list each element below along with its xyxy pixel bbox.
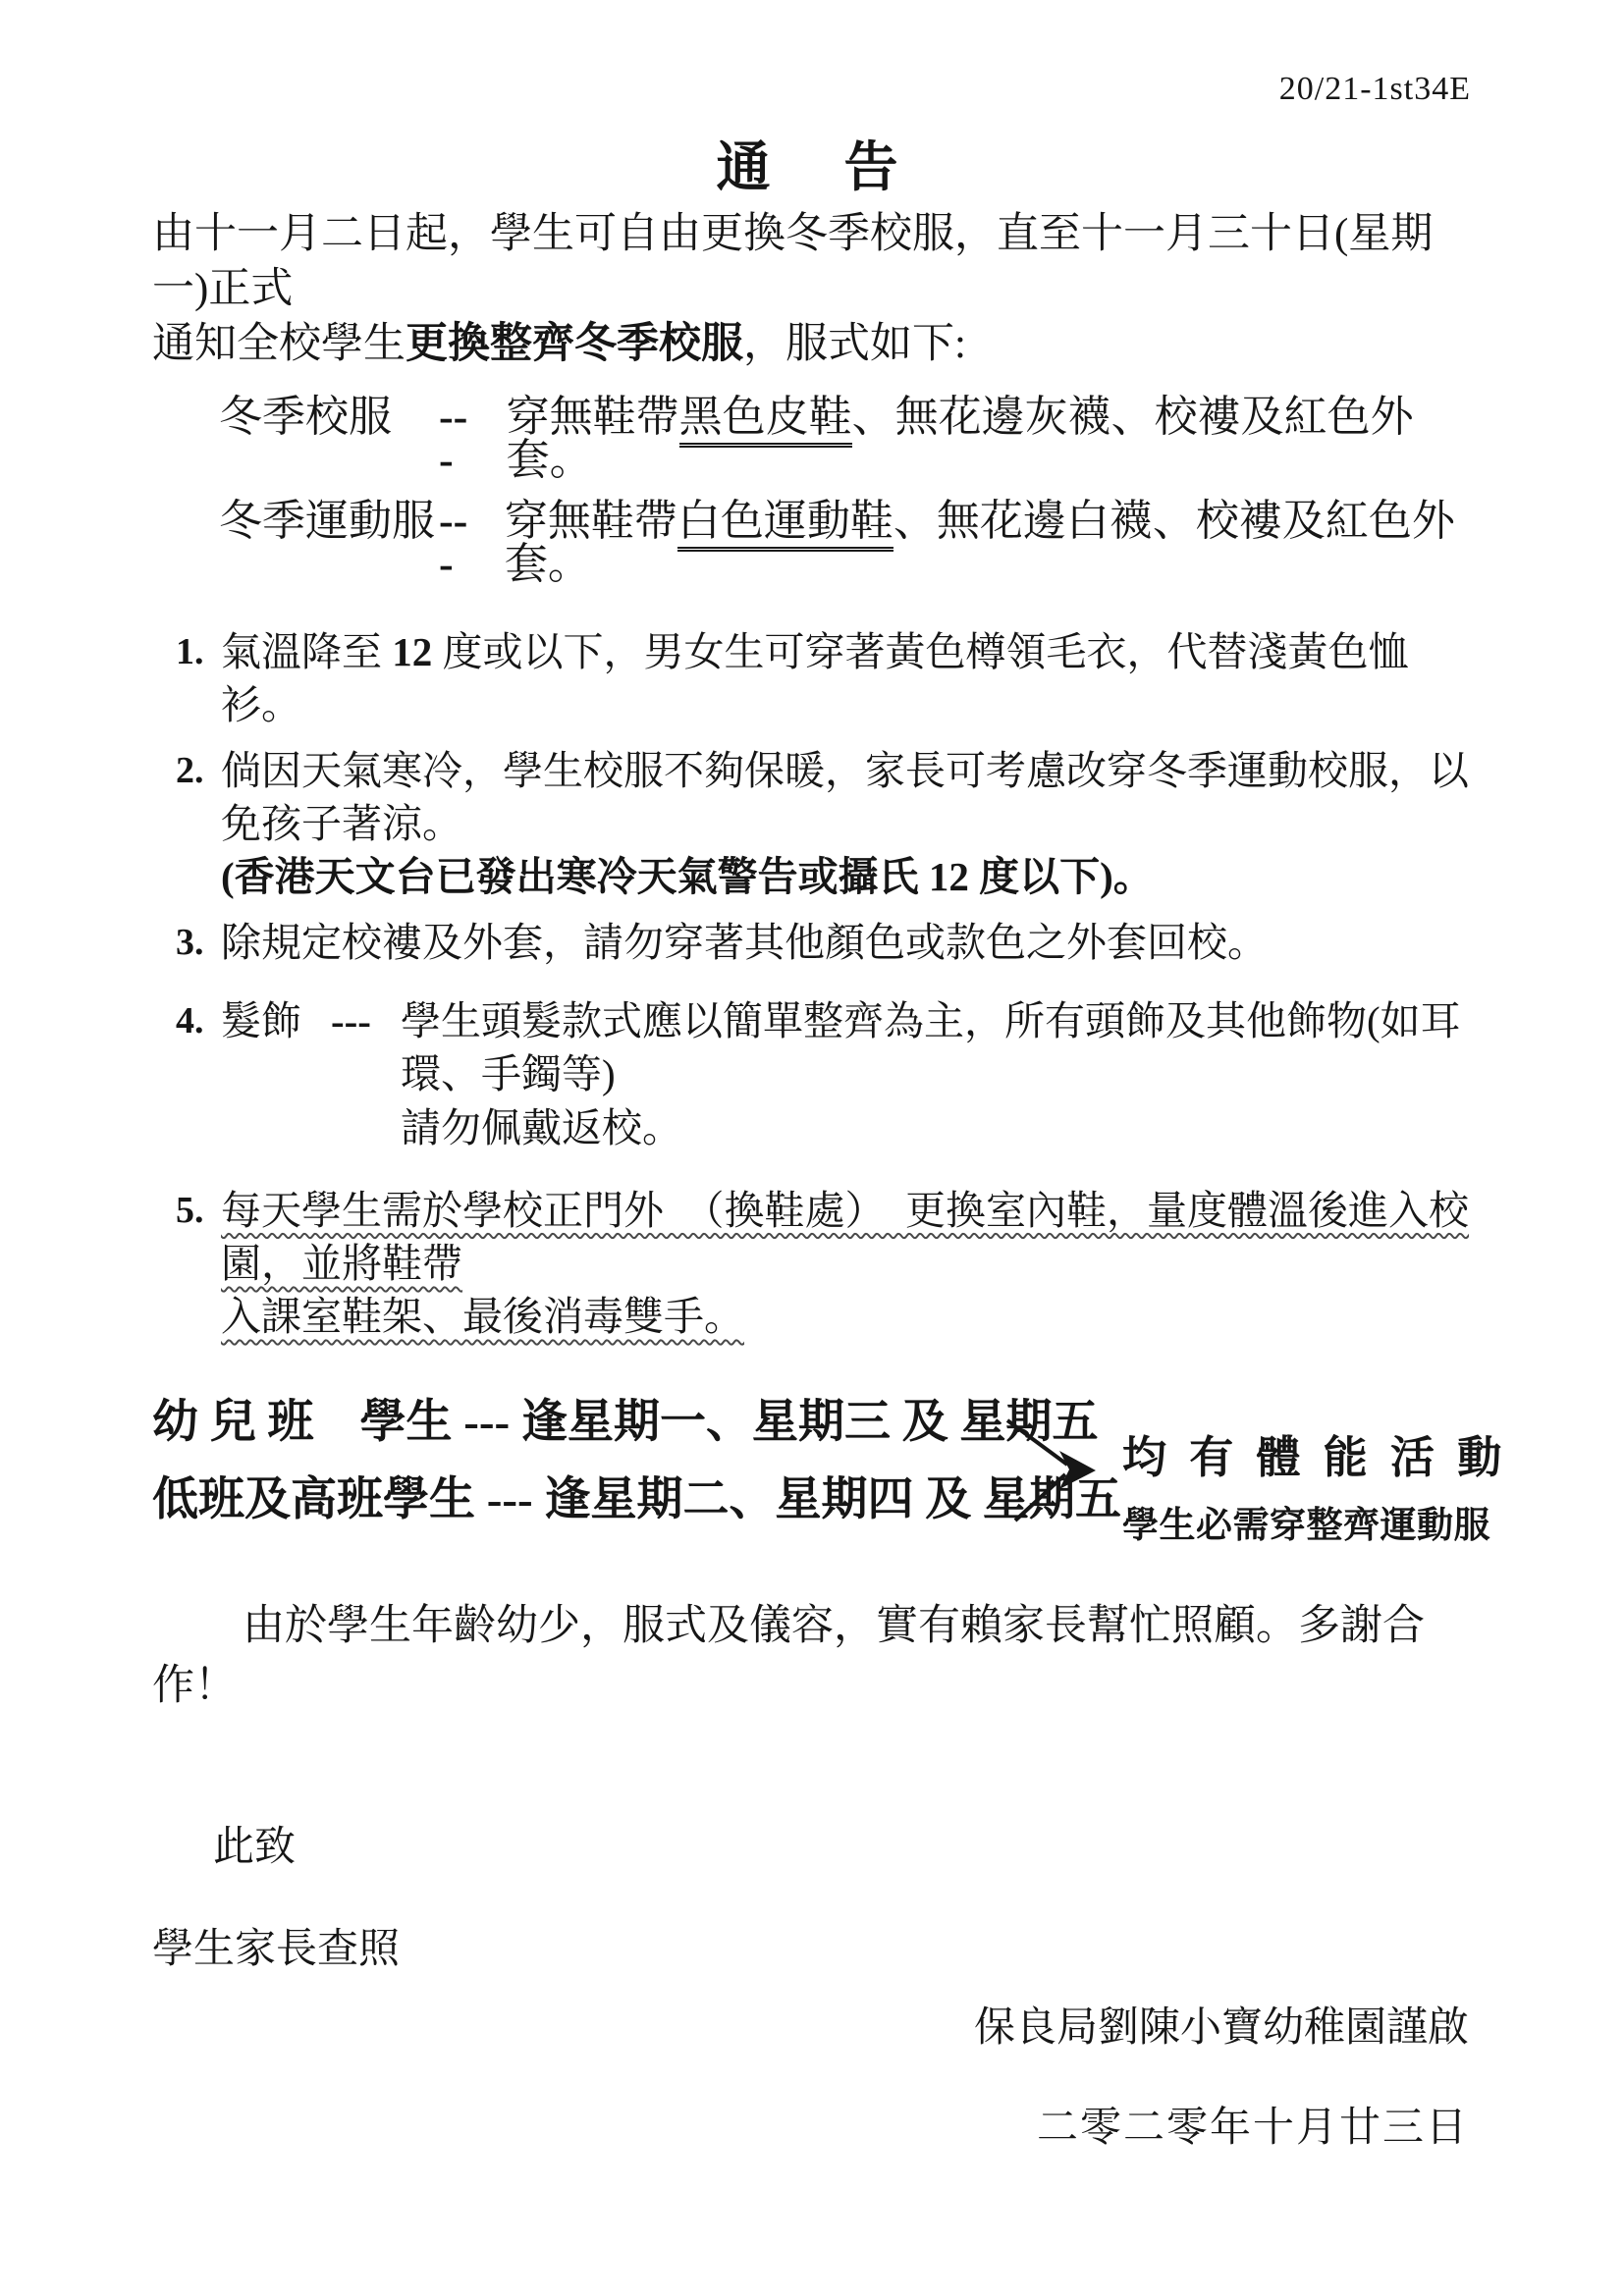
rule-1: 1. 氣溫降至 12 度或以下，男女生可穿著黃色樽領毛衣，代替淺黃色恤衫。 bbox=[152, 625, 1469, 731]
rule-5: 5. 每天學生需於學校正門外 （換鞋處） 更換室內鞋，量度體溫後進入校園，並將鞋… bbox=[152, 1184, 1469, 1343]
rule-4-number: 4. bbox=[176, 994, 221, 1153]
rule-5-line-2: 入課室鞋架、最後消毒雙手。 bbox=[221, 1290, 1469, 1343]
winter-uniform-text: 穿無鞋帶黑色皮鞋、無花邊灰襪、校褸及紅色外套。 bbox=[507, 396, 1469, 482]
rule-4-line-1: 學生頭髮款式應以簡單整齊為主，所有頭飾及其他飾物(如耳環、手鐲等) bbox=[401, 994, 1469, 1100]
notice-body: 由十一月二日起，學生可自由更換冬季校服，直至十一月三十日(星期一)正式 通知全校… bbox=[152, 207, 1469, 2154]
intro-line-2-post: ，服式如下: bbox=[743, 321, 966, 367]
intro-line-2-pre: 通知全校學生 bbox=[152, 321, 406, 367]
notice-date: 二零二零年十月廿三日 bbox=[152, 2095, 1469, 2154]
uniform-spec-list: 冬季校服 --- 穿無鞋帶黑色皮鞋、無花邊灰襪、校褸及紅色外套。 冬季運動服 -… bbox=[219, 396, 1469, 586]
sports-uniform-dashes: --- bbox=[439, 500, 479, 586]
notice-page: 20/21-1st34E 通 告 由十一月二日起，學生可自由更換冬季校服，直至十… bbox=[0, 0, 1624, 2296]
winter-uniform-row: 冬季校服 --- 穿無鞋帶黑色皮鞋、無花邊灰襪、校褸及紅色外套。 bbox=[219, 396, 1469, 482]
winter-uniform-pre: 穿無鞋帶 bbox=[507, 393, 679, 441]
rule-2-line-2-post: 度以下)。 bbox=[969, 854, 1154, 899]
salutation: 此致 bbox=[213, 1814, 1469, 1873]
reference-code: 20/21-1st34E bbox=[1279, 71, 1471, 108]
winter-sports-uniform-row: 冬季運動服 --- 穿無鞋帶白色運動鞋、無花邊白襪、校褸及紅色外套。 bbox=[219, 500, 1469, 586]
rule-4: 4. 髮飾 --- 學生頭髮款式應以簡單整齊為主，所有頭飾及其他飾物(如耳環、手… bbox=[152, 994, 1469, 1153]
rule-2: 2. 倘因天氣寒冷，學生校服不夠保暖，家長可考慮改穿冬季運動校服，以免孩子著涼。… bbox=[152, 744, 1469, 903]
rule-5-line-1: 每天學生需於學校正門外 （換鞋處） 更換室內鞋，量度體溫後進入校園，並將鞋帶 bbox=[221, 1184, 1469, 1290]
rule-2-line-2-pre: (香港天文台已發出寒冷天氣警告或攝氏 bbox=[221, 854, 929, 899]
closing-paragraph: 由於學生年齡幼少，服式及儀容，實有賴家長幫忙照顧。多謝合作！ bbox=[152, 1592, 1469, 1712]
rule-4-lines: 學生頭髮款式應以簡單整齊為主，所有頭飾及其他飾物(如耳環、手鐲等) 請勿佩戴返校… bbox=[401, 994, 1469, 1153]
winter-uniform-label: 冬季校服 bbox=[219, 396, 439, 439]
rule-4-flex: 髮飾 --- 學生頭髮款式應以簡單整齊為主，所有頭飾及其他飾物(如耳環、手鐲等)… bbox=[221, 994, 1469, 1153]
rule-2-line-2: (香港天文台已發出寒冷天氣警告或攝氏 12 度以下)。 bbox=[221, 850, 1469, 903]
pe-note: 均 有 體 能 活 動 學生必需穿整齊運動服 bbox=[1122, 1421, 1507, 1548]
rule-1-number: 1. bbox=[176, 625, 221, 731]
rule-2-text: 倘因天氣寒冷，學生校服不夠保暖，家長可考慮改穿冬季運動校服，以免孩子著涼。 (香… bbox=[221, 744, 1469, 903]
intro-line-2-bold: 更換整齊冬季校服 bbox=[406, 321, 743, 367]
pe-schedule-section: 幼 兒 班 學生 --- 逢星期一、星期三 及 星期五 低班及高班學生 --- … bbox=[152, 1400, 1469, 1565]
school-signature: 保良局劉陳小寶幼稚園謹啟 bbox=[152, 1995, 1469, 2054]
rule-4-label: 髮飾 bbox=[221, 994, 301, 1153]
pe-note-line-2: 學生必需穿整齊運動服 bbox=[1122, 1495, 1507, 1548]
intro-line-2: 通知全校學生更換整齊冬季校服，服式如下: bbox=[152, 317, 1469, 372]
rule-1-text: 氣溫降至 12 度或以下，男女生可穿著黃色樽領毛衣，代替淺黃色恤衫。 bbox=[221, 625, 1469, 731]
sports-uniform-text: 穿無鞋帶白色運動鞋、無花邊白襪、校褸及紅色外套。 bbox=[505, 500, 1469, 586]
rule-5-text: 每天學生需於學校正門外 （換鞋處） 更換室內鞋，量度體溫後進入校園，並將鞋帶 入… bbox=[221, 1184, 1469, 1343]
intro-line-1: 由十一月二日起，學生可自由更換冬季校服，直至十一月三十日(星期一)正式 bbox=[152, 207, 1469, 317]
rule-4-text: 髮飾 --- 學生頭髮款式應以簡單整齊為主，所有頭飾及其他飾物(如耳環、手鐲等)… bbox=[221, 994, 1469, 1153]
rule-5-number: 5. bbox=[176, 1184, 221, 1343]
intro-paragraph: 由十一月二日起，學生可自由更換冬季校服，直至十一月三十日(星期一)正式 通知全校… bbox=[152, 207, 1469, 372]
rule-2-line-1: 倘因天氣寒冷，學生校服不夠保暖，家長可考慮改穿冬季運動校服，以免孩子著涼。 bbox=[221, 744, 1469, 850]
convergence-arrow-icon bbox=[1004, 1415, 1107, 1525]
rule-1-pre: 氣溫降至 bbox=[221, 629, 392, 674]
rule-2-number: 2. bbox=[176, 744, 221, 903]
winter-uniform-shoes: 黑色皮鞋 bbox=[679, 393, 852, 448]
sports-uniform-pre: 穿無鞋帶 bbox=[505, 497, 677, 545]
sports-uniform-label: 冬季運動服 bbox=[219, 500, 439, 543]
sports-uniform-shoes: 白色運動鞋 bbox=[677, 497, 893, 552]
rule-3-text: 除規定校褸及外套，請勿穿著其他顏色或款色之外套回校。 bbox=[221, 916, 1469, 969]
rule-4-line-2: 請勿佩戴返校。 bbox=[401, 1101, 1469, 1154]
rule-4-dashes: --- bbox=[331, 994, 371, 1153]
winter-uniform-dashes: --- bbox=[439, 396, 481, 482]
rules-list: 1. 氣溫降至 12 度或以下，男女生可穿著黃色樽領毛衣，代替淺黃色恤衫。 2.… bbox=[152, 625, 1469, 1343]
pe-note-line-1: 均 有 體 能 活 動 bbox=[1122, 1421, 1507, 1485]
rule-1-degrees: 12 bbox=[392, 629, 432, 674]
recipient-line: 學生家長查照 bbox=[152, 1916, 1469, 1975]
rule-3: 3. 除規定校褸及外套，請勿穿著其他顏色或款色之外套回校。 bbox=[152, 916, 1469, 969]
rule-2-degrees: 12 bbox=[929, 854, 969, 899]
rule-3-number: 3. bbox=[176, 916, 221, 969]
